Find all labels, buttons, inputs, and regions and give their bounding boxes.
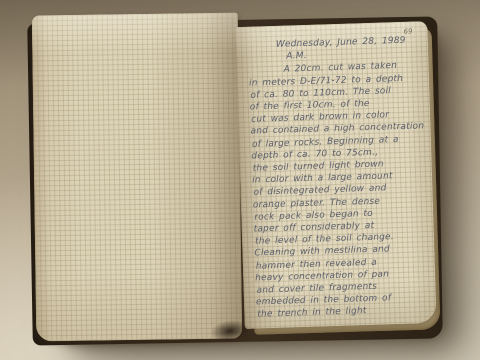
left-page-shading [32, 13, 243, 342]
journal-lines: A 20cm. cut was takenin meters D-E/71-72… [249, 60, 425, 321]
journal-entry: Wednesday, June 28, 1989 A.M. A 20cm. cu… [235, 21, 436, 329]
left-page-blank [32, 13, 243, 342]
photo-scene: 69 Wednesday, June 28, 1989 A.M. A 20cm.… [0, 0, 480, 360]
right-page-journal: 69 Wednesday, June 28, 1989 A.M. A 20cm.… [235, 21, 436, 329]
